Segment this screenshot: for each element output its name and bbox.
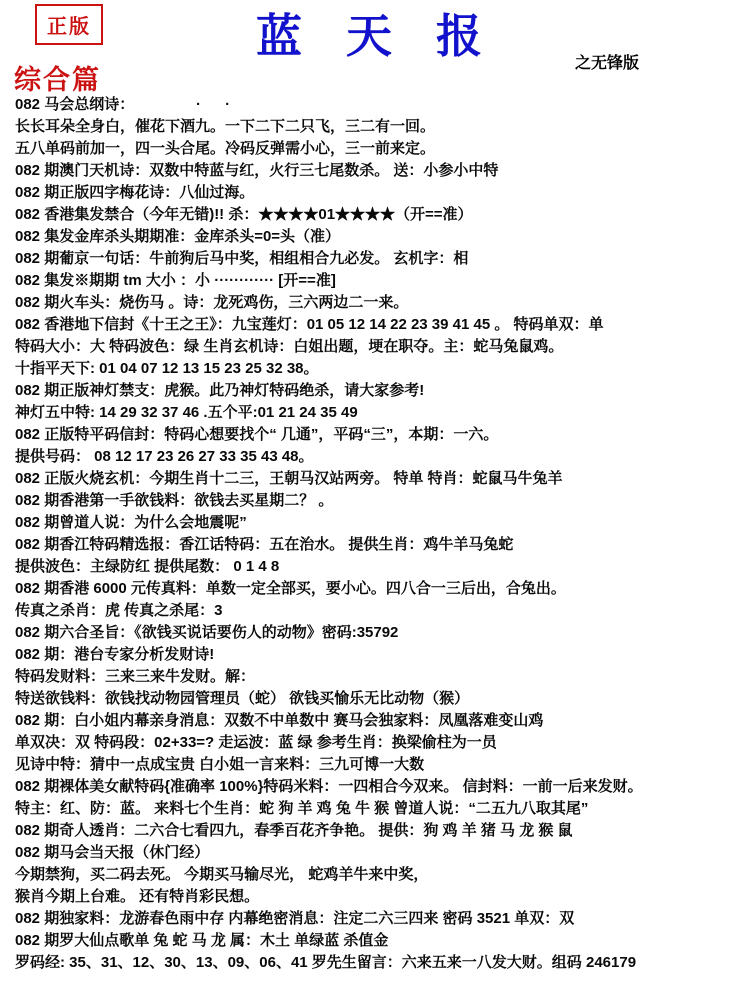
body-line: 见诗中特：猜中一点成宝贵 白小姐一言来料：三九可博一大数: [15, 754, 747, 776]
body-line: 082 期曾道人说：为什么会地震呢”: [15, 512, 747, 534]
edition-label: 之无锋版: [575, 50, 639, 73]
body-line: 082 期：白小姐内幕亲身消息：双数不中单数中 赛马会独家料：凤凰落难变山鸡: [15, 710, 747, 732]
body-line: 提供号码： 08 12 17 23 26 27 33 35 43 48。: [15, 446, 747, 468]
body-line: 082 正版特平码信封：特码心想要找个“ 几通”，平码“三”，本期：一六。: [15, 424, 747, 446]
body-line: 082 期葡京一句话：牛前狗后马中奖，相组相合九必发。 玄机字：相: [15, 248, 747, 270]
body-line: 082 期火车头：烧伤马 。诗：龙死鸡伤，三六两边二一来。: [15, 292, 747, 314]
body-line: 082 期六合圣旨：《欲钱买说话要伤人的动物》密码:35792: [15, 622, 747, 644]
body-line: 082 期香江特码精选报：香江话特码：五在治水。 提供生肖：鸡牛羊马兔蛇: [15, 534, 747, 556]
body-line: 单双决：双 特码段：02+33=? 走运波：蓝 绿 参考生肖：换梁偷柱为一员: [15, 732, 747, 754]
body-line: 十指平天下: 01 04 07 12 13 15 23 25 32 38。: [15, 358, 747, 380]
body-line: 特码发财料：三来三来牛发财。解：: [15, 666, 747, 688]
body-line: 罗码经: 35、31、12、30、13、09、06、41 罗先生留言：六来五来一…: [15, 952, 747, 974]
body-line: 特码大小：大 特码波色：绿 生肖玄机诗：白姐出题，埂在职夺。主：蛇马兔鼠鸡。: [15, 336, 747, 358]
body-line: 082 期裸体美女献特码{准确率 100%}特码米料：一四相合今双来。 信封料：…: [15, 776, 747, 798]
body-text: 082 马会总纲诗：长长耳朵全身白，催花下酒九。一下二下二只飞，三二有一回。五八…: [15, 94, 747, 974]
body-line: 082 期香港第一手欲钱料：欲钱去买星期二？ 。: [15, 490, 747, 512]
newspaper-page: 正版 蓝 天 报 之无锋版 综合篇 · · 082 马会总纲诗：长长耳朵全身白，…: [0, 0, 752, 1000]
body-line: 082 期奇人透肖：二六合七看四九，春季百花齐争艳。 提供：狗 鸡 羊 猪 马 …: [15, 820, 747, 842]
body-line: 082 集发※期期 tm 大小 ：小 ············ [开==准]: [15, 270, 747, 292]
body-line: 082 正版火烧玄机：今期生肖十二三，王朝马汉站两旁。 特单 特肖：蛇鼠马牛兔羊: [15, 468, 747, 490]
body-line: 传真之杀肖：虎 传真之杀尾：3: [15, 600, 747, 622]
body-line: 特主：红、防：蓝。 来料七个生肖：蛇 狗 羊 鸡 兔 牛 猴 曾道人说：“二五九…: [15, 798, 747, 820]
body-line: 神灯五中特: 14 29 32 37 46 .五个平:01 21 24 35 4…: [15, 402, 747, 424]
body-line: 082 期：港台专家分析发财诗!: [15, 644, 747, 666]
body-line: 082 集发金库杀头期期准：金库杀头=0=头（准）: [15, 226, 747, 248]
body-line: 082 期正版神灯禁支：虎猴。此乃神灯特码绝杀，请大家参考!: [15, 380, 747, 402]
body-line: 猴肖今期上台难。 还有特肖彩民想。: [15, 886, 747, 908]
body-line: 长长耳朵全身白，催花下酒九。一下二下二只飞，三二有一回。: [15, 116, 747, 138]
body-line: 082 期澳门天机诗：双数中特蓝与红，火行三七尾数杀。 送：小参小中特: [15, 160, 747, 182]
body-line: 082 马会总纲诗：: [15, 94, 747, 116]
body-line: 特送欲钱料：欲钱找动物园管理员（蛇） 欲钱买愉乐无比动物（猴）: [15, 688, 747, 710]
body-line: 082 期正版四字梅花诗：八仙过海。: [15, 182, 747, 204]
body-line: 082 期独家料：龙游春色雨中存 内幕绝密消息：注定二六三四来 密码 3521 …: [15, 908, 747, 930]
page-title: 蓝 天 报: [0, 0, 752, 66]
body-line: 082 期马会当天报（休门经）: [15, 842, 747, 864]
body-line: 082 期罗大仙点歌单 兔 蛇 马 龙 属：木土 单绿蓝 杀值金: [15, 930, 747, 952]
body-line: 今期禁狗，买二码去死。 今期买马输尽光， 蛇鸡羊牛来中奖，: [15, 864, 747, 886]
body-line: 082 香港地下信封《十王之王》：九宝莲灯：01 05 12 14 22 23 …: [15, 314, 747, 336]
body-line: 提供波色：主绿防红 提供尾数： 0 1 4 8: [15, 556, 747, 578]
body-line: 082 期香港 6000 元传真料：单数一定全部买，要小心。四八合一三后出，合兔…: [15, 578, 747, 600]
section-title: 综合篇: [14, 58, 101, 97]
body-line: 082 香港集发禁合（今年无错)!! 杀：★★★★01★★★★（开==准）: [15, 204, 747, 226]
body-line: 五八单码前加一，四一头合尾。冷码反弹需小心，三一前来定。: [15, 138, 747, 160]
